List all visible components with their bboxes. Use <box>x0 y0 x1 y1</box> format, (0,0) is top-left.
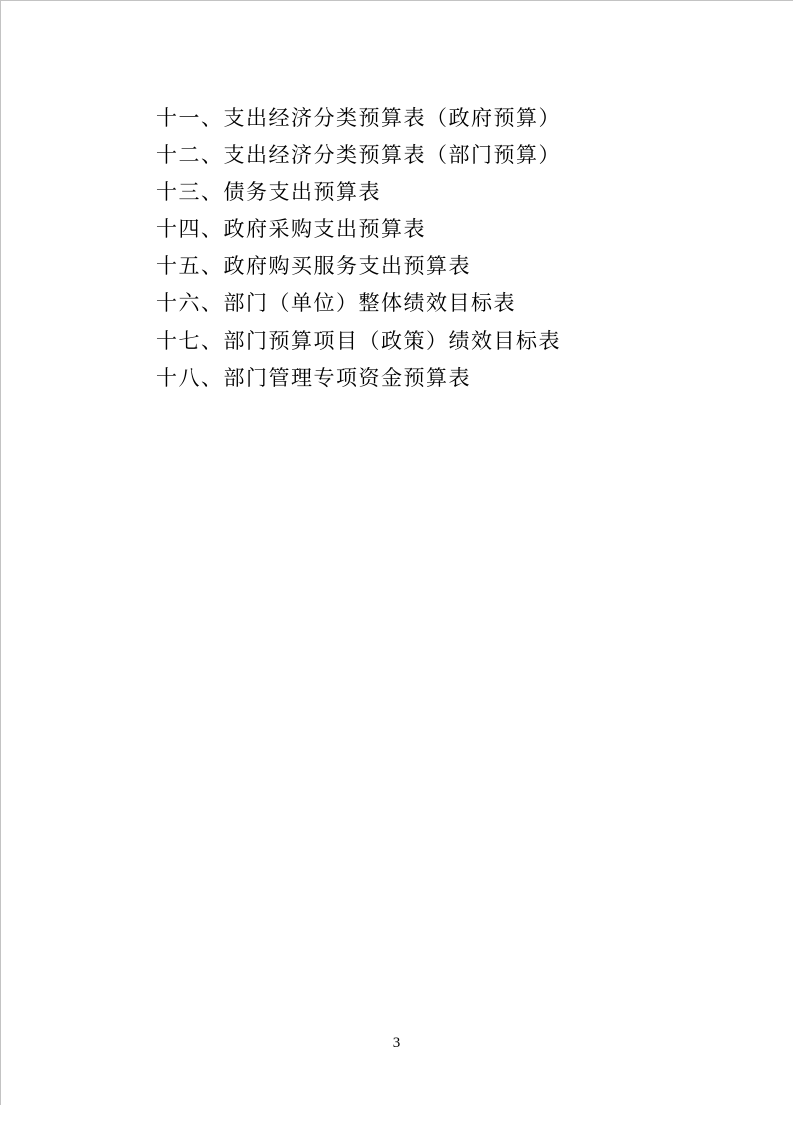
page-edge-left-line <box>0 0 1 1105</box>
toc-item-12: 十二、支出经济分类预算表（部门预算） <box>156 137 716 174</box>
toc-list: 十一、支出经济分类预算表（政府预算） 十二、支出经济分类预算表（部门预算） 十三… <box>156 100 716 397</box>
toc-item-11: 十一、支出经济分类预算表（政府预算） <box>156 100 716 137</box>
toc-item-16: 十六、部门（单位）整体绩效目标表 <box>156 285 716 322</box>
toc-item-18: 十八、部门管理专项资金预算表 <box>156 360 716 397</box>
toc-item-15: 十五、政府购买服务支出预算表 <box>156 248 716 285</box>
page-edge-top-line <box>0 0 793 1</box>
toc-item-14: 十四、政府采购支出预算表 <box>156 211 716 248</box>
page-number: 3 <box>0 1034 793 1052</box>
document-page: 十一、支出经济分类预算表（政府预算） 十二、支出经济分类预算表（部门预算） 十三… <box>0 0 793 1122</box>
toc-item-13: 十三、债务支出预算表 <box>156 174 716 211</box>
toc-item-17: 十七、部门预算项目（政策）绩效目标表 <box>156 323 716 360</box>
